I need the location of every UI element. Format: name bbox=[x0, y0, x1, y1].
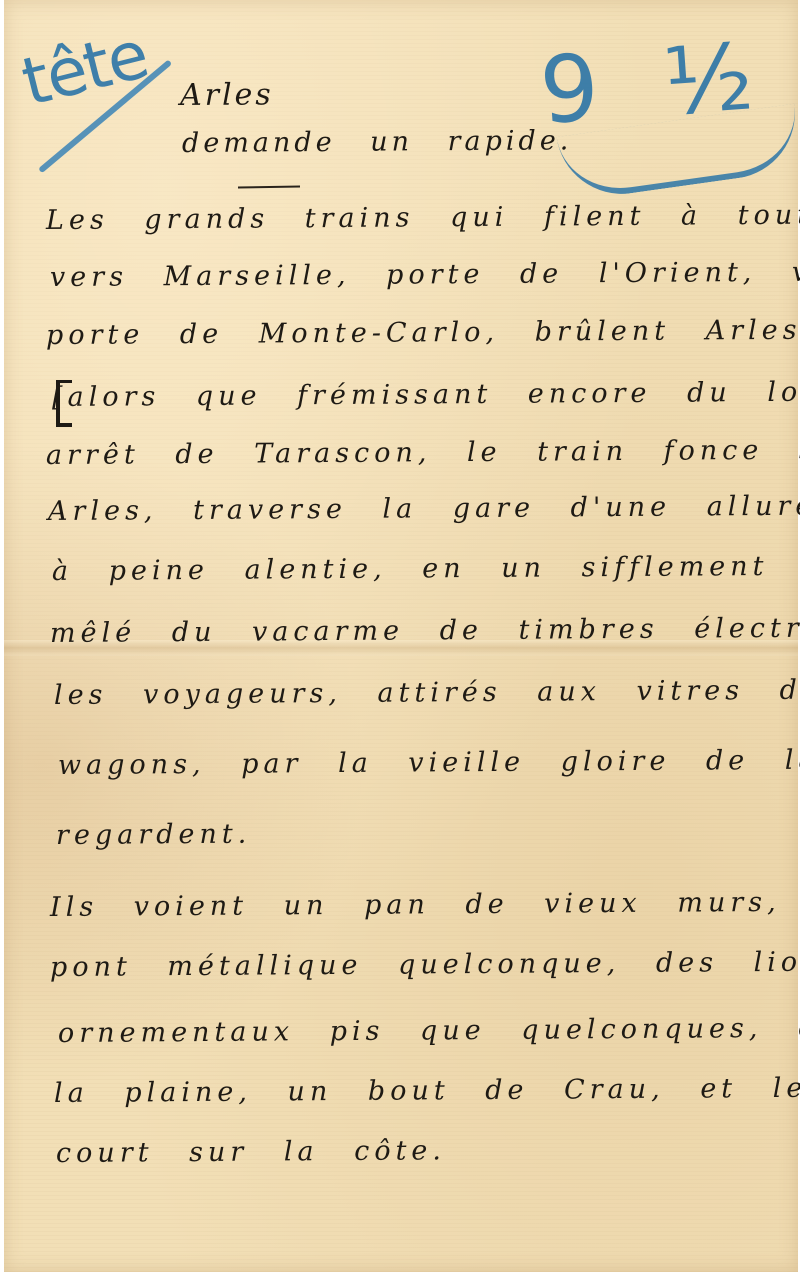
manuscript-subtitle: demande un rapide. bbox=[182, 125, 573, 159]
text-line: ornementaux pis que quelconques, et puis bbox=[58, 1012, 800, 1049]
text-line: regardent. bbox=[56, 819, 251, 851]
text-line: pont métallique quelconque, des lions bbox=[50, 946, 800, 983]
text-line: mêlé du vacarme de timbres électriques, bbox=[50, 612, 800, 649]
text-line: wagons, par la vieille gloire de la cité… bbox=[58, 744, 800, 781]
text-line: [alors que frémissant encore du long bbox=[52, 376, 800, 413]
text-line: la plaine, un bout de Crau, et le train bbox=[54, 1072, 800, 1109]
text-line: Arles, traverse la gare d'une allure bbox=[48, 491, 800, 527]
manuscript-title: Arles bbox=[180, 77, 274, 113]
text-line: porte de Monte-Carlo, brûlent Arles. bbox=[46, 315, 800, 351]
text-line: les voyageurs, attirés aux vitres des bbox=[54, 675, 800, 711]
text-line: Ils voient un pan de vieux murs, un bbox=[50, 886, 800, 923]
text-line: arrêt de Tarascon, le train fonce sur bbox=[46, 434, 800, 471]
text-line: Les grands trains qui filent à toute vit… bbox=[46, 198, 800, 236]
text-line: à peine alentie, en un sifflement furieu… bbox=[52, 550, 800, 587]
text-line: vers Marseille, porte de l'Orient, vers … bbox=[50, 255, 800, 293]
text-line: court sur la côte. bbox=[56, 1135, 446, 1169]
